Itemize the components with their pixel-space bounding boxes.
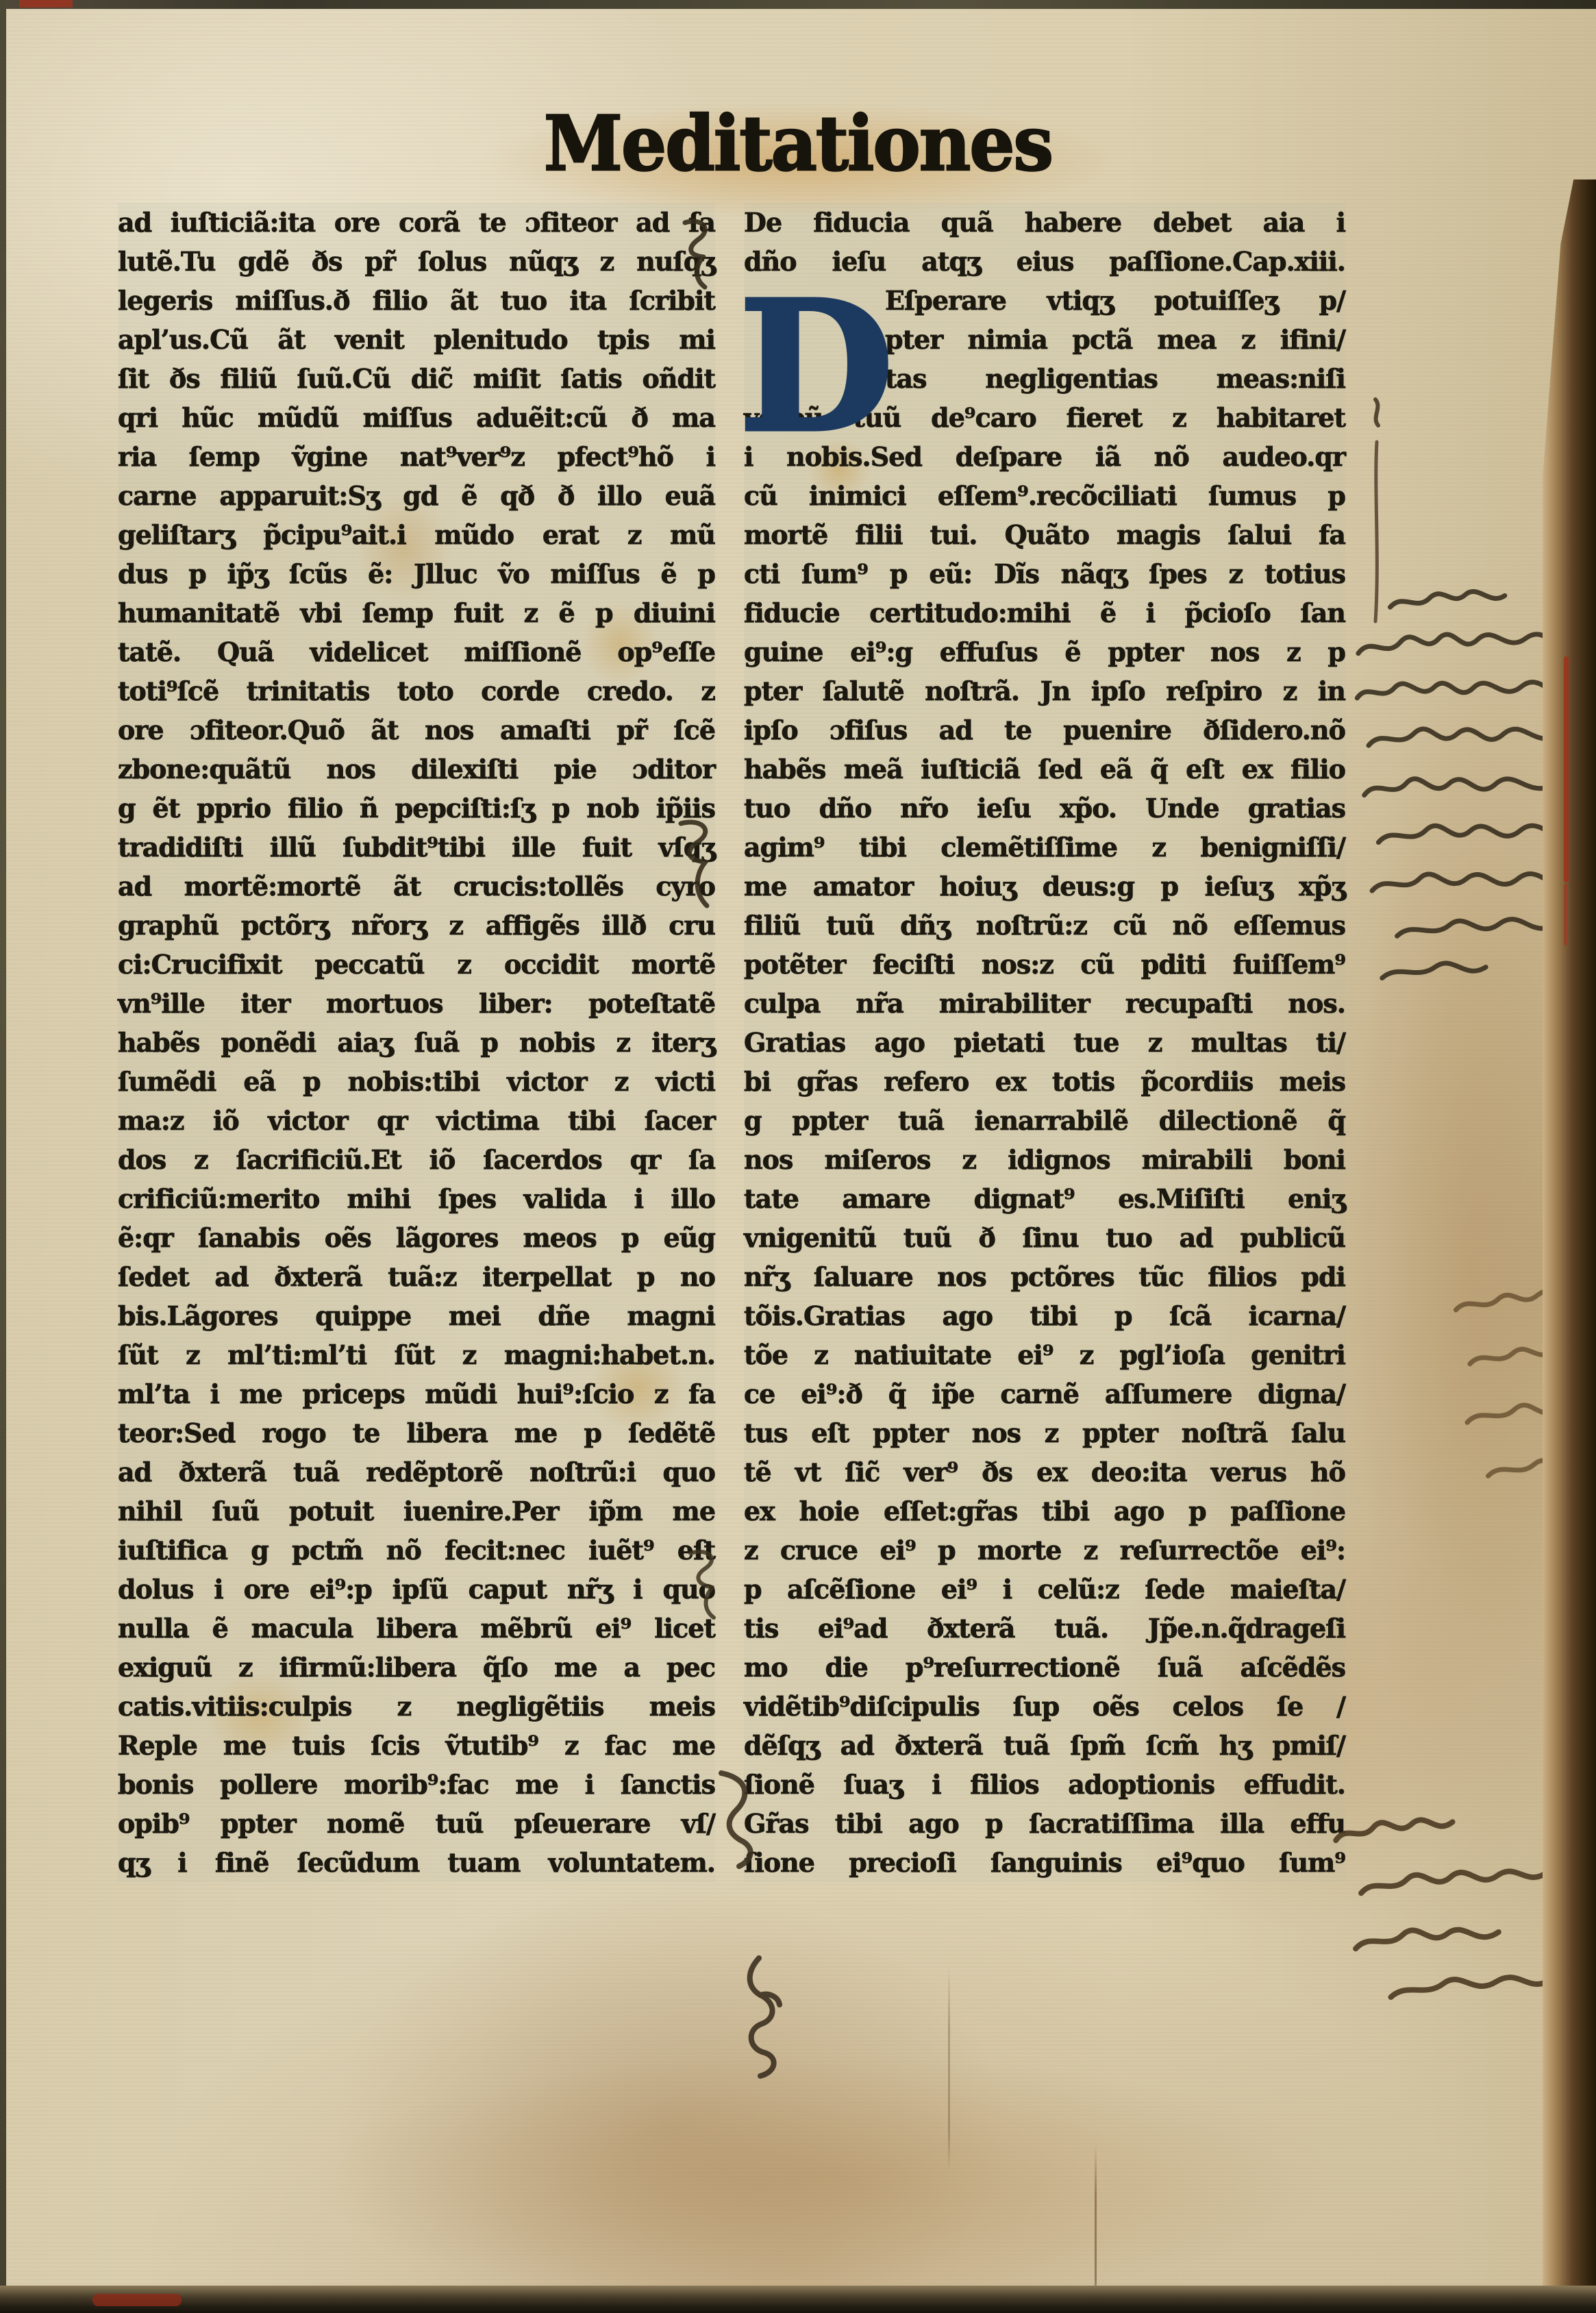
text-line: g ẽt pprio filio ñ pepciſti:ſʒ p nob ip̃… [118,789,715,828]
text-line: me amator hoiuʒ deus:g p ieſuʒ xp̃ʒ [744,867,1345,906]
text-line: dus p ip̃ʒ ſcũs ẽ: Jlluc ṽo miſſus ẽ p [118,554,715,593]
text-line: qri hũc mũdũ miſſus aduẽit:cũ ð ma [118,398,715,437]
text-line: ſedet ad ðxterã tuã:z iterpellat p no [118,1257,715,1296]
text-line: ſione precioſi ſanguinis ei⁹quo ſum⁹ [744,1843,1345,1882]
text-line: ce ei⁹:ð q̃ ip̃e carnẽ aſſumere digna/ [744,1374,1345,1413]
text-line: teor:Sed rogo te libera me p ſedẽtẽ [118,1413,715,1452]
pen-mark-mid-gap [673,815,721,911]
text-line: Eſperare vtiqʒ potuiſſeʒ p/ [885,281,1345,320]
text-line: ẽ:qr ſanabis oẽs lãgores meos p eũg [118,1218,715,1257]
chapter-body-lines: verbũ tuũ de⁹caro fieret z habitareti no… [744,398,1345,1882]
text-line: vn⁹ille iter mortuos liber: poteſtatẽ [118,984,715,1023]
text-line: ad iuſticiã:ita ore corã te ɔfiteor ad ſ… [118,203,715,242]
text-line: vnigenitũ tuũ ð ſinu tuo ad publicũ [744,1218,1345,1257]
text-line: habẽs meã iuſticiã ſed eã q̃ eſt ex fili… [744,750,1345,789]
text-line: potẽter feciſti nos:z cũ pditi fuiſſem⁹ [744,945,1345,984]
text-line: carne apparuit:Sʒ gd ẽ qð ð illo euã [118,476,715,515]
fore-edge-red-stain [1564,656,1569,882]
text-line: humanitatẽ vbi ſemp fuit z ẽ p diuini [118,593,715,632]
text-line: agim⁹ tibi clemẽtiſſime z benigniſſi/ [744,828,1345,867]
text-line: filiũ tuũ dñʒ noſtrũ:z cũ nõ eſſemus [744,906,1345,945]
damp-stain [308,2055,1336,2302]
text-line: ore ɔfiteor.Quõ ãt nos amaſti pr̃ ſcẽ [118,710,715,750]
text-line: bonis pollere morib⁹:fac me i ſanctis [118,1765,715,1804]
text-line: tatẽ. Quã videlicet miſſionẽ op⁹eſſe [118,632,715,671]
text-line: iuſtifica g pctm̃ nõ fecit:nec iuẽt⁹ eſt [118,1531,715,1570]
text-line: dos z ſacrificiũ.Et iõ ſacerdos qr ſa [118,1140,715,1179]
text-line: tradidiſti illũ ſubdit⁹tibi ille fuit vſ… [118,828,715,867]
text-line: crificiũ:merito mihi ſpes valida i illo [118,1179,715,1218]
text-line: g ppter tuã ienarrabilẽ dilectionẽ q̃ [744,1101,1345,1140]
text-line: pter nimia pctã mea z ifini/ [885,320,1345,359]
text-line: pter ſalutẽ noſtrã. Jn ipſo reſpiro z in [744,671,1345,710]
text-line: nihil ſuũ potuit iuenire.Per ip̃m me [118,1492,715,1531]
text-line: ad ðxterã tuã redẽptorẽ noſtrũ:i quo [118,1452,715,1492]
text-line: exiguũ z ifirmũ:libera q̃ſo me a pec [118,1648,715,1687]
text-line: qʒ i finẽ ſecũdum tuam voluntatem. [118,1843,715,1882]
text-line: tis ei⁹ad ðxterã tuã. Jp̃e.n.q̃drageſi [744,1609,1345,1648]
text-line: zbone:quãtũ nos dilexiſti pie ɔditor [118,750,715,789]
running-title: Meditationes [544,99,1052,188]
running-title-row: Meditationes [0,101,1596,186]
book-page-scan: Meditationes ad iuſticiã:ita ore corã te… [0,0,1596,2313]
text-line: De fiducia quã habere debet aia i [744,203,1345,242]
text-line: ſit ðs filiũ ſuũ.Cũ dic̃ miſit ſatis oñd… [118,359,715,398]
text-line: mortẽ filii tui. Quãto magis ſalui fa [744,515,1345,554]
bottom-edge-red-streak [92,2294,182,2306]
pen-mark-lower-gap [684,1545,725,1620]
text-line: fiducie certitudo:mihi ẽ i p̃cioſo ſan [744,593,1345,632]
text-line: bis.Lãgores quippe mei dñe magni [118,1296,715,1335]
text-line: ſũt z ml’ti:ml’ti ſũt z magni:habet.n. [118,1335,715,1374]
text-line: p aſcẽſione ei⁹ i celũ:z ſede maieſta/ [744,1570,1345,1609]
text-line: vidẽtib⁹diſcipulis ſup oẽs celos ſe / [744,1687,1345,1726]
text-line: bi gr̃as refero ex totis p̃cordiis meis [744,1062,1345,1101]
text-line: ria ſemp ṽgine nat⁹ver⁹z pfect⁹hõ i [118,437,715,476]
bottom-board-edge [0,2286,1596,2313]
text-line: opib⁹ ppter nomẽ tuũ pſeuerare vſ/ [118,1804,715,1843]
text-line: toti⁹ſcẽ trinitatis toto corde credo. z [118,671,715,710]
text-line: tate amare dignat⁹ es.Miſiſti eniʒ [744,1179,1345,1218]
text-line: ad mortẽ:mortẽ ãt crucis:tollẽs cyro [118,867,715,906]
text-line: dolus i ore ei⁹:p ipſũ caput nr̃ʒ i quo [118,1570,715,1609]
text-line: tẽ vt ſic̃ ver⁹ ðs ex deo:ita verus hõ [744,1452,1345,1492]
paper-crease [948,1966,950,2172]
pen-flourish-below-column [718,1953,800,2083]
text-line: ipſo ɔfiſus ad te puenire ðſidero.nõ [744,710,1345,750]
text-line: habẽs ponẽdi aiaʒ ſuã p nobis z iterʒ [118,1023,715,1062]
text-line: z cruce ei⁹ p morte z reſurrectõe ei⁹: [744,1531,1345,1570]
text-line: geliſtarʒ p̃cipu⁹ait.i mũdo erat z mũ [118,515,715,554]
text-line: cti ſum⁹ p eũ: Dĩs nãqʒ ſpes z totius [744,554,1345,593]
text-line: tõe z natiuitate ei⁹ z pgl’ioſa genitri [744,1335,1345,1374]
text-line: graphũ pctõrʒ nr̃orʒ z affigẽs illð cru [118,906,715,945]
text-line: tuo dño nr̃o ieſu xp̃o. Unde gratias [744,789,1345,828]
text-line: ſionẽ ſuaʒ i filios adoptionis effudit. [744,1765,1345,1804]
text-line: dẽſqʒ ad ðxterã tuã ſpm̃ ſcm̃ hʒ pmiſ/ [744,1726,1345,1765]
chapter-opening: D Eſperare vtiqʒ potuiſſeʒ p/pter nimia … [744,281,1345,398]
text-line: lutẽ.Tu gdẽ ðs pr̃ ſolus nũqʒ z nuſqʒ [118,242,715,281]
pen-stroke-right-column [1367,394,1388,627]
text-column-right: De fiducia quã habere debet aia idño ieſ… [744,203,1345,1882]
text-line: Reple me tuis ſcis ṽtutib⁹ z fac me [118,1726,715,1765]
text-line: ci:Crucifixit peccatũ z occidit mortẽ [118,945,715,984]
text-line: guine ei⁹:g effuſus ẽ ppter nos z p [744,632,1345,671]
text-line: catis.vitiis:culpis z negligẽtiis meis [118,1687,715,1726]
text-line: Gr̃as tibi ago p ſacratiſſima illa effu [744,1804,1345,1843]
fore-edge-red-stain [1564,884,1567,945]
text-line: Gratias ago pietati tue z multas ti/ [744,1023,1345,1062]
fore-edge-page-block [1543,180,1596,2313]
left-photo-edge [0,0,6,2313]
text-line: cũ inimici eſſem⁹.recõciliati ſumus p [744,476,1345,515]
text-line: ſumẽdi eã p nobis:tibi victor z victi [118,1062,715,1101]
text-line: mo die p⁹reſurrectionẽ ſuã aſcẽdẽs [744,1648,1345,1687]
pen-bracket-foot-gap [709,1768,771,1870]
text-line: nulla ẽ macula libera mẽbrũ ei⁹ licet [118,1609,715,1648]
text-line: ma:z iõ victor qr victima tibi ſacer [118,1101,715,1140]
text-line: tas negligentias meas:niſi [885,359,1345,398]
text-line: tõis.Gratias ago tibi p ſcã icarna/ [744,1296,1345,1335]
text-line: legeris miſſus.ð filio ãt tuo ita ſcribi… [118,281,715,320]
text-column-left: ad iuſticiã:ita ore corã te ɔfiteor ad ſ… [118,203,715,1882]
text-line: tus eſt ppter nos z ppter noſtrã ſalu [744,1413,1345,1452]
top-edge-red-mark [19,0,73,8]
text-line: ml’ta i me priceps mũdi hui⁹:ſcio z fa [118,1374,715,1413]
text-line: apl’us.Cũ ãt venit plenitudo tpis mi [118,320,715,359]
text-line: culpa nr̃a mirabiliter recupaſti nos. [744,984,1345,1023]
top-board-edge [0,0,1596,9]
text-line: nos miſeros z idignos mirabili boni [744,1140,1345,1179]
pen-mark-top-gap [675,216,723,291]
text-line: nr̃ʒ ſaluare nos pctõres tũc filios pdi [744,1257,1345,1296]
lombard-initial-letter: D [738,270,879,475]
text-line: ex hoie eſſet:gr̃as tibi ago p paſſione [744,1492,1345,1531]
